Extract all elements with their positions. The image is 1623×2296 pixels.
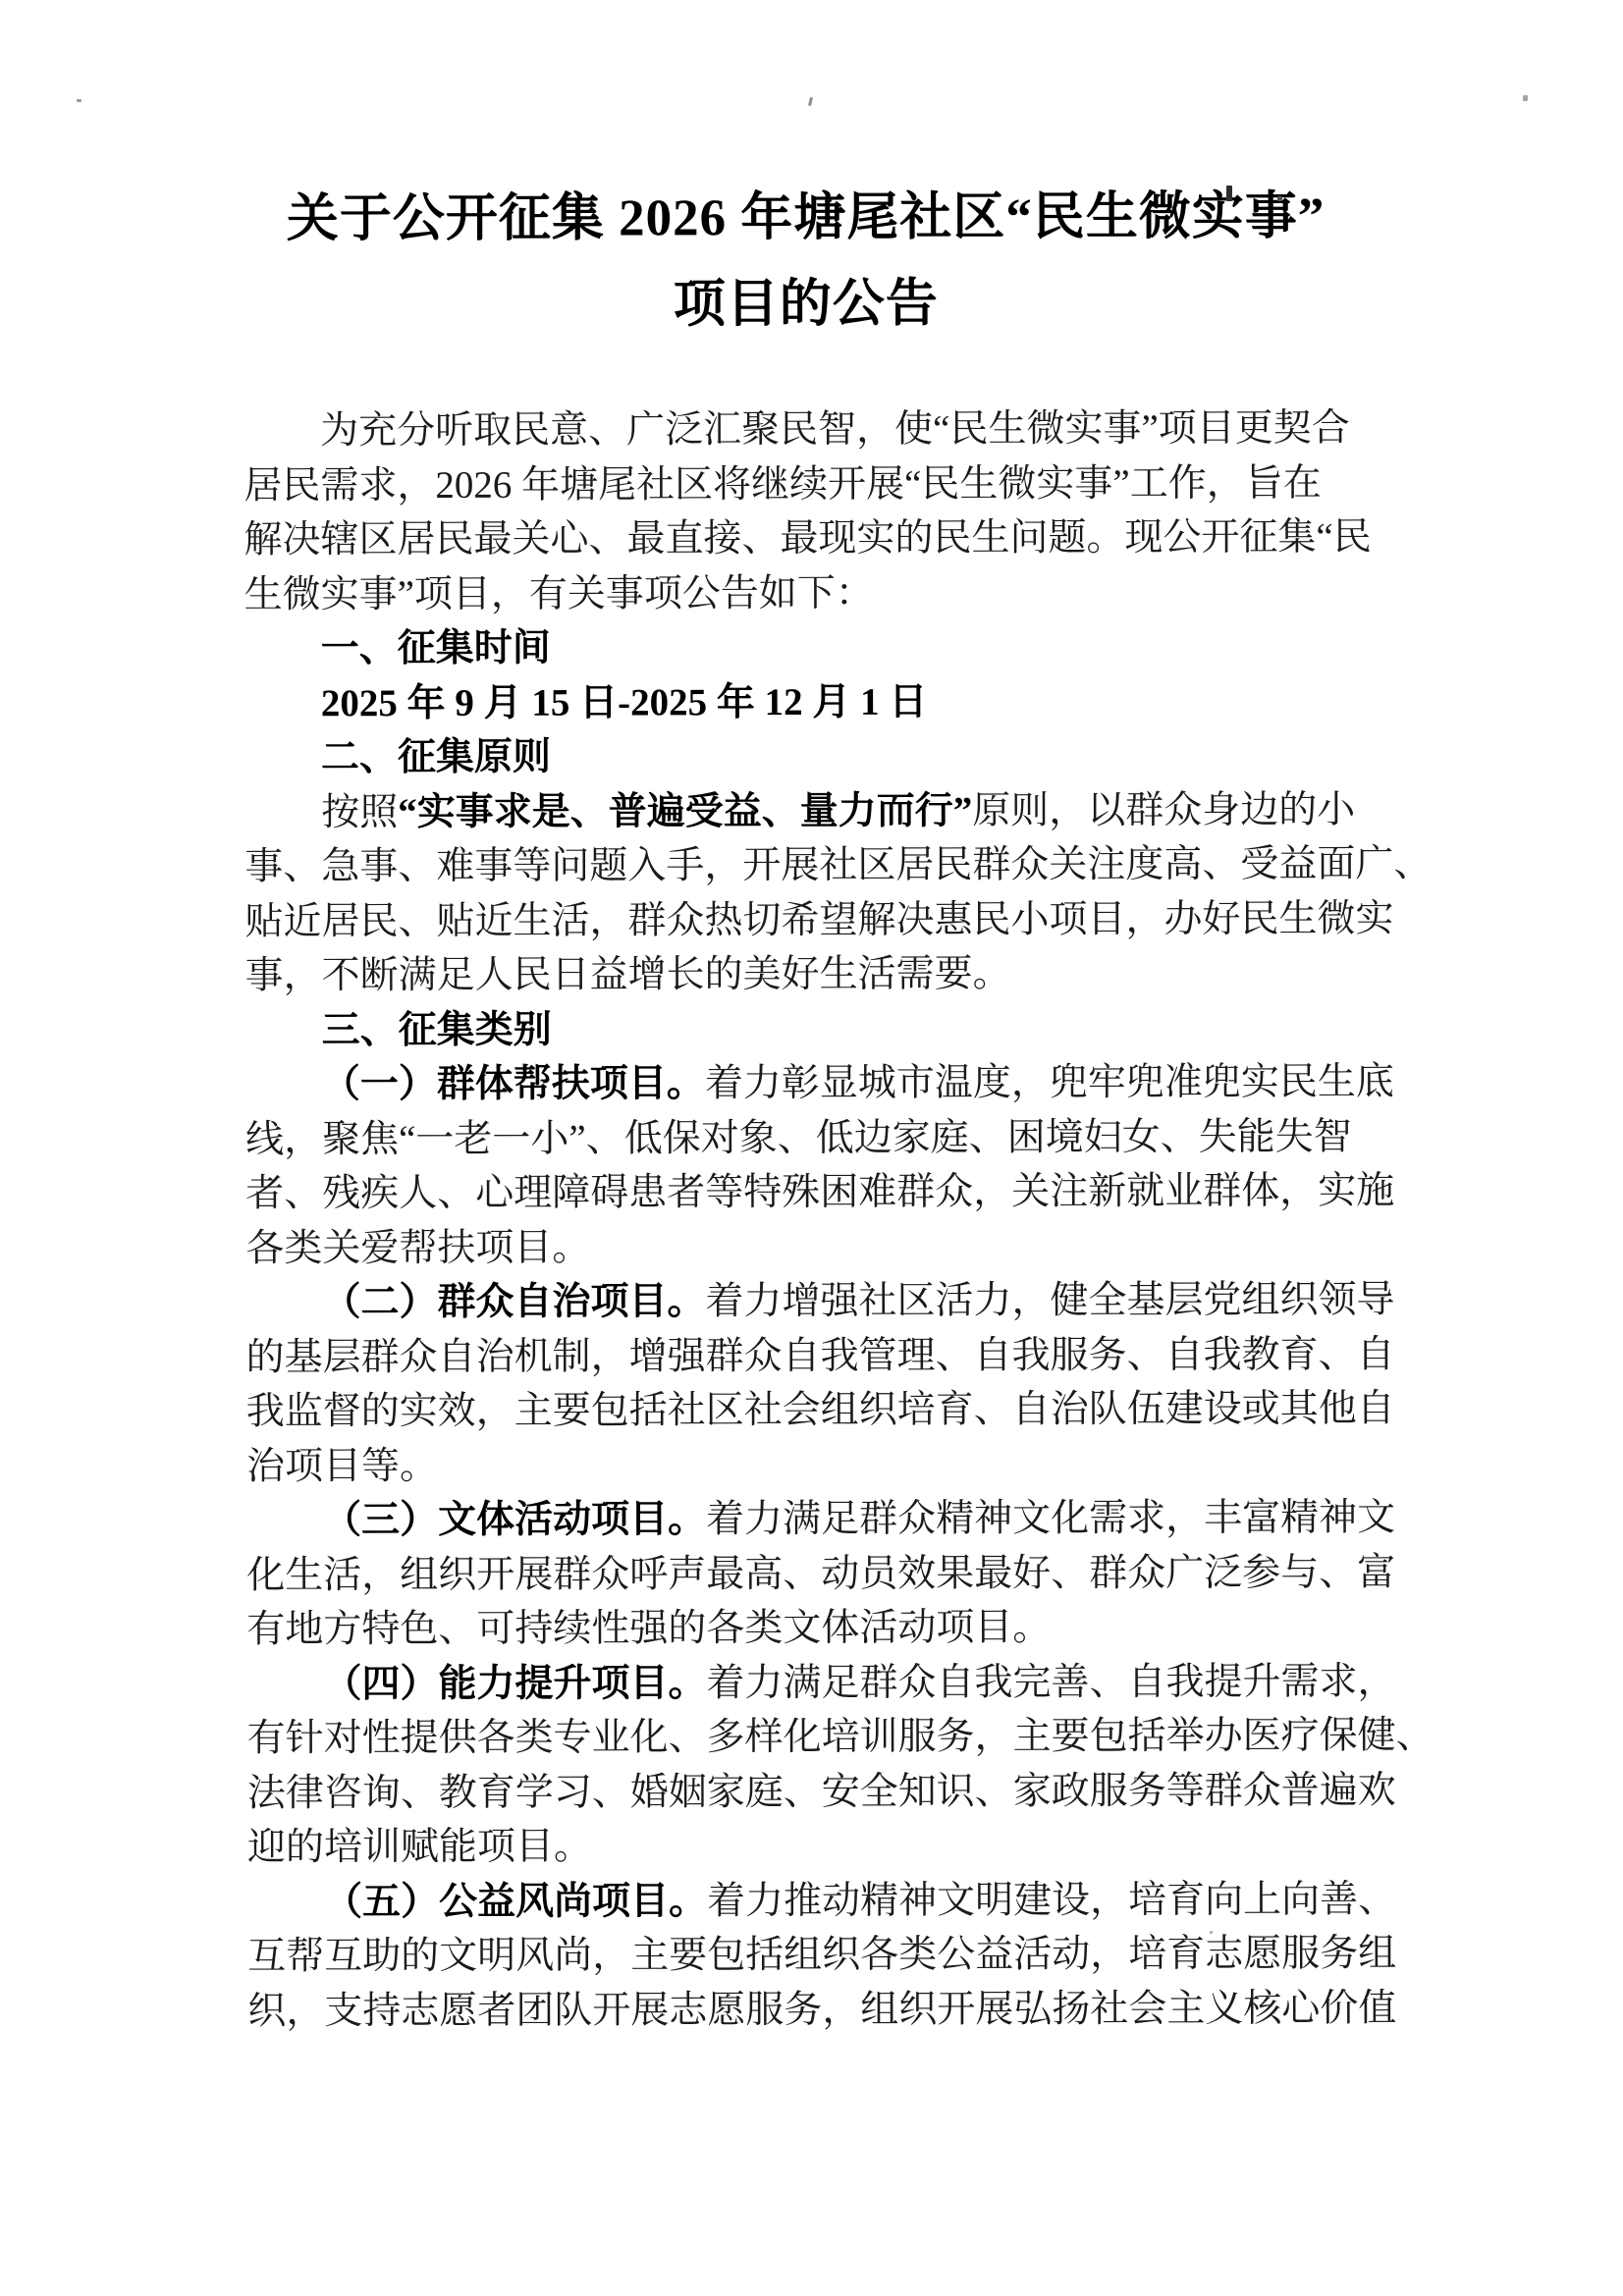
scan-speck <box>1210 1931 1213 1934</box>
text-segment: 着力推动精神文明建设，培育向上向善、 <box>707 1878 1396 1922</box>
text-segment: 互帮互助的文明风尚，主要包括组织各类公益活动，培育志愿服务组 <box>247 1932 1396 1977</box>
text-line: 互帮互助的文明风尚，主要包括组织各类公益活动，培育志愿服务组 <box>247 1926 1373 1984</box>
text-line: 2025 年 9 月 15 日-2025 年 12 月 1 日 <box>244 673 1370 731</box>
text-line: 按照“实事求是、普遍受益、量力而行”原则，以群众身边的小 <box>244 782 1370 840</box>
scan-speck <box>1134 1777 1137 1781</box>
document-content: 关于公开征集 2026 年塘尾社区“民生微实事” 项目的公告 为充分听取民意、广… <box>243 0 1368 2</box>
text-segment-bold: 一、征集时间 <box>321 627 551 670</box>
text-segment-bold: （一）群体帮扶项目。 <box>322 1062 705 1105</box>
text-line: 线，聚焦“一老一小”、低保对象、低边家庭、困境妇女、失能失智 <box>245 1109 1371 1167</box>
text-line: 为充分听取民意、广泛汇聚民智，使“民生微实事”项目更契合 <box>243 400 1369 458</box>
scan-speck <box>77 99 81 102</box>
text-line: 迎的培训赋能项目。 <box>247 1817 1373 1875</box>
text-segment: 贴近居民、贴近生活，群众热切希望解决惠民小项目，办好民生微实 <box>244 897 1393 942</box>
text-line: 三、征集类别 <box>245 1000 1371 1058</box>
title-line-2: 项目的公告 <box>243 259 1369 348</box>
page: 关于公开征集 2026 年塘尾社区“民生微实事” 项目的公告 为充分听取民意、广… <box>0 0 1623 2296</box>
text-segment: 我监督的实效，主要包括社区社会组织培育、自治队伍建设或其他自 <box>246 1387 1395 1432</box>
text-segment-bold: “实事求是、普遍受益、量力而行” <box>398 789 972 833</box>
text-segment-bold: （三）文体活动项目。 <box>323 1498 706 1541</box>
text-line: 事，不断满足人民日益增长的美好生活需要。 <box>245 945 1371 1003</box>
text-line: （一）群体帮扶项目。着力彰显城市温度，兜牢兜准兜实民生底 <box>245 1054 1371 1112</box>
text-line: 化生活，组织开展群众呼声最高、动员效果最好、群众广泛参与、富 <box>246 1545 1372 1603</box>
text-line: 贴近居民、贴近生活，群众热切希望解决惠民小项目，办好民生微实 <box>244 891 1370 949</box>
text-line: 解决辖区居民最关心、最直接、最现实的民生问题。现公开征集“民 <box>243 509 1369 567</box>
text-line: （三）文体活动项目。着力满足群众精神文化需求，丰富精神文 <box>246 1490 1372 1548</box>
text-line: 法律咨询、教育学习、婚姻家庭、安全知识、家政服务等群众普遍欢 <box>247 1763 1373 1821</box>
text-segment: 为充分听取民意、广泛汇聚民智，使“民生微实事”项目更契合 <box>320 407 1350 453</box>
text-line: 生微实事”项目，有关事项公告如下： <box>244 564 1370 622</box>
text-segment: 治项目等。 <box>246 1444 438 1487</box>
text-segment: 有针对性提供各类专业化、多样化培训服务，主要包括举办医疗保健、 <box>247 1714 1434 1759</box>
text-line: 有地方特色、可持续性强的各类文体活动项目。 <box>246 1599 1372 1657</box>
text-segment: 居民需求，2026 年塘尾社区将继续开展“民生微实事”工作，旨在 <box>243 461 1321 507</box>
text-line: 织，支持志愿者团队开展志愿服务，组织开展弘扬社会主义核心价值 <box>247 1981 1373 2039</box>
document-body: 为充分听取民意、广泛汇聚民智，使“民生微实事”项目更契合居民需求，2026 年塘… <box>243 400 1373 2038</box>
text-segment: 化生活，组织开展群众呼声最高、动员效果最好、群众广泛参与、富 <box>246 1551 1395 1596</box>
text-segment: 事、急事、难事等问题入手，开展社区居民群众关注度高、受益面广、 <box>244 842 1432 887</box>
text-segment: 解决辖区居民最关心、最直接、最现实的民生问题。现公开征集“民 <box>243 515 1371 561</box>
text-segment-bold: （二）群众自治项目。 <box>322 1280 705 1323</box>
text-segment-bold: （四）能力提升项目。 <box>323 1662 706 1705</box>
text-segment: 原则，以群众身边的小 <box>972 788 1355 831</box>
title-line-1: 关于公开征集 2026 年塘尾社区“民生微实事” <box>243 173 1368 262</box>
text-line: 一、征集时间 <box>244 618 1370 676</box>
scan-speck <box>1226 186 1232 201</box>
text-line: 各类关爱帮扶项目。 <box>245 1218 1371 1276</box>
text-segment: 着力增强社区活力，健全基层党组织领导 <box>705 1278 1394 1322</box>
text-segment: 有地方特色、可持续性强的各类文体活动项目。 <box>246 1606 1051 1650</box>
scan-speck <box>808 97 813 106</box>
text-segment: 织，支持志愿者团队开展志愿服务，组织开展弘扬社会主义核心价值 <box>247 1987 1396 2032</box>
text-segment: 法律咨询、教育学习、婚姻家庭、安全知识、家政服务等群众普遍欢 <box>247 1769 1396 1814</box>
text-line: 有针对性提供各类专业化、多样化培训服务，主要包括举办医疗保健、 <box>247 1708 1373 1766</box>
text-segment: 线，聚焦“一老一小”、低保对象、低边家庭、困境妇女、失能失智 <box>245 1115 1352 1160</box>
text-segment: 的基层群众自治机制，增强群众自我管理、自我服务、自我教育、自 <box>246 1333 1395 1378</box>
text-segment: 着力彰显城市温度，兜牢兜准兜实民生底 <box>705 1060 1394 1104</box>
text-segment-bold: 三、征集类别 <box>322 1008 552 1051</box>
text-segment: 着力满足群众自我完善、自我提升需求， <box>706 1660 1395 1704</box>
text-line: 我监督的实效，主要包括社区社会组织培育、自治队伍建设或其他自 <box>246 1381 1372 1439</box>
text-line: （二）群众自治项目。着力增强社区活力，健全基层党组织领导 <box>245 1272 1371 1330</box>
text-line: 者、残疾人、心理障碍患者等特殊困难群众，关注新就业群体，实施 <box>245 1163 1371 1221</box>
text-line: （四）能力提升项目。着力满足群众自我完善、自我提升需求， <box>246 1654 1372 1712</box>
text-segment: 迎的培训赋能项目。 <box>247 1826 592 1869</box>
document-title: 关于公开征集 2026 年塘尾社区“民生微实事” 项目的公告 <box>243 173 1368 348</box>
text-segment: 着力满足群众精神文化需求，丰富精神文 <box>706 1496 1395 1540</box>
text-segment-bold: （五）公益风尚项目。 <box>324 1880 707 1923</box>
text-line: 的基层群众自治机制，增强群众自我管理、自我服务、自我教育、自 <box>246 1327 1372 1385</box>
text-segment: 各类关爱帮扶项目。 <box>245 1226 590 1269</box>
text-line: 二、征集原则 <box>244 727 1370 785</box>
text-line: 治项目等。 <box>246 1436 1372 1494</box>
text-segment: 者、残疾人、心理障碍患者等特殊困难群众，关注新就业群体，实施 <box>245 1169 1394 1214</box>
text-segment: 生微实事”项目，有关事项公告如下： <box>244 571 874 615</box>
scan-speck <box>1277 196 1282 201</box>
text-line: （五）公益风尚项目。着力推动精神文明建设，培育向上向善、 <box>247 1872 1373 1930</box>
text-segment: 按照 <box>321 791 398 833</box>
scan-speck <box>1523 95 1528 101</box>
text-line: 居民需求，2026 年塘尾社区将继续开展“民生微实事”工作，旨在 <box>243 455 1369 513</box>
text-segment: 事，不断满足人民日益增长的美好生活需要。 <box>245 952 1011 996</box>
text-line: 事、急事、难事等问题入手，开展社区居民群众关注度高、受益面广、 <box>244 836 1370 894</box>
text-segment-bold: 二、征集原则 <box>321 736 551 779</box>
text-segment-bold: 2025 年 9 月 15 日-2025 年 12 月 1 日 <box>321 680 928 724</box>
